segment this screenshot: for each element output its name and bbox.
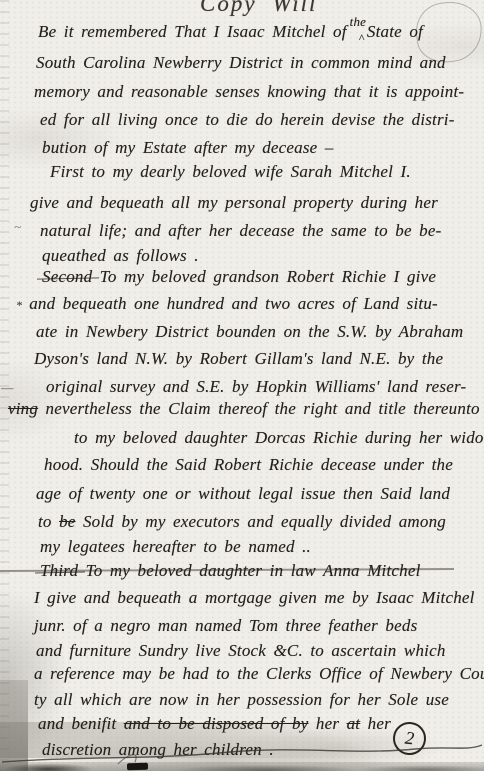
text-line: give and bequeath all my personal proper… [30,193,438,213]
text-line: natural life; and after her decease the … [40,221,442,241]
line-text: and benifit [38,714,124,733]
section-word-third: Third [40,561,78,580]
scan-bottom-smudge [0,762,484,771]
text-line: South Carolina Newberry District in comm… [36,53,446,73]
text-line: a reference may be had to the Clerks Off… [34,664,484,684]
text-line: ed for all living once to die do herein … [40,110,455,130]
line-text: bution of my Estate after my decease – [42,138,334,157]
line-text: Sold by my executors and equally divided… [76,512,446,531]
line-text: Dyson's land N.W. by Robert Gillam's lan… [34,349,443,368]
text-line: ving nevertheless the Claim thereof the … [8,399,480,419]
text-line: and furniture Sundry live Stock &C. to a… [36,641,446,661]
text-line: Be it remembered That I Isaac Mitchel of… [38,22,423,42]
line-text: original survey and S.E. by Hopkin Willi… [46,377,466,396]
text-line: and benifit and to be disposed of by her… [38,714,391,734]
text-line: hood. Should the Said Robert Richie dece… [44,455,453,475]
line-text: and furniture Sundry live Stock &C. to a… [36,641,446,660]
text-line: to be Sold by my executors and equally d… [38,512,446,532]
line-text: to [38,512,59,531]
text-line: original survey and S.E. by Hopkin Willi… [46,377,466,397]
ink-blot [127,763,148,771]
line-text: and bequeath one hundred and two acres o… [29,294,438,313]
text-line: age of twenty one or without legal issue… [36,484,450,504]
line-text: natural life; and after her decease the … [40,221,442,240]
text-line: to my beloved daughter Dorcas Richie dur… [74,428,484,448]
line-text: Be it remembered That I Isaac Mitchel of [38,22,347,41]
line-text: a reference may be had to the Clerks Off… [34,664,484,683]
text-line: ty all which are now in her possession f… [34,690,449,710]
page-title: Copy Will [200,0,317,17]
line-text: memory and reasonable senses knowing tha… [34,82,464,101]
text-line: my legatees hereafter to be named .. [40,537,311,557]
line-text: South Carolina Newberry District in comm… [36,53,446,72]
text-line: First to my dearly beloved wife Sarah Mi… [50,162,411,182]
line-text: queathed as follows . [42,246,199,265]
line-text: her [360,714,391,733]
line-text: her [308,714,346,733]
line-text: First to my dearly beloved wife Sarah Mi… [50,162,411,181]
line-text: ate in Newbery District bounden on the S… [36,322,463,341]
line-text: To my beloved grandson Robert Richie I g… [92,267,436,286]
line-text: I give and bequeath a mortgage given me … [34,588,475,607]
margin-dash-mark: — [1,381,13,397]
text-line: I give and bequeath a mortgage given me … [34,588,475,608]
line-text: hood. Should the Said Robert Richie dece… [44,455,453,474]
line-text: junr. of a negro man named Tom three fea… [34,616,417,635]
page-title-text: Copy Will [200,0,317,16]
text-line: memory and reasonable senses knowing tha… [34,82,464,102]
text-line: *and bequeath one hundred and two acres … [16,294,438,314]
line-text: give and bequeath all my personal proper… [30,193,438,212]
text-line: queathed as follows . [42,246,199,266]
margin-tilde-mark: ~ [14,219,21,235]
text-line: Second To my beloved grandson Robert Ric… [42,267,436,287]
caret-mark: ^ [359,31,364,46]
text-line: junr. of a negro man named Tom three fea… [34,616,417,636]
line-text: to my beloved daughter Dorcas Richie dur… [74,428,484,447]
text-line: ate in Newbery District bounden on the S… [36,322,463,342]
line-text: my legatees hereafter to be named .. [40,537,311,556]
text-line: Third To my beloved daughter in law Anna… [40,561,421,581]
struck-phrase: and to be disposed of by [124,714,309,733]
line-text: To my beloved daughter in law Anna Mitch… [78,561,420,580]
text-line: Dyson's land N.W. by Robert Gillam's lan… [34,349,443,369]
struck-word: be [59,512,75,531]
line-text: ed for all living once to die do herein … [40,110,455,129]
text-line: bution of my Estate after my decease – [42,138,334,158]
line-text: nevertheless the Claim thereof the right… [38,399,480,418]
margin-asterisk-mark: * [16,298,22,312]
line-text: age of twenty one or without legal issue… [36,484,450,503]
section-word-second: Second [42,267,92,286]
struck-word: ving [8,399,38,418]
line-text: State of [367,22,423,41]
line-text: ty all which are now in her possession f… [34,690,449,709]
struck-word: at [347,714,361,733]
scanned-will-page: — ~ Copy Will Be it remembered That I Is… [0,0,484,771]
